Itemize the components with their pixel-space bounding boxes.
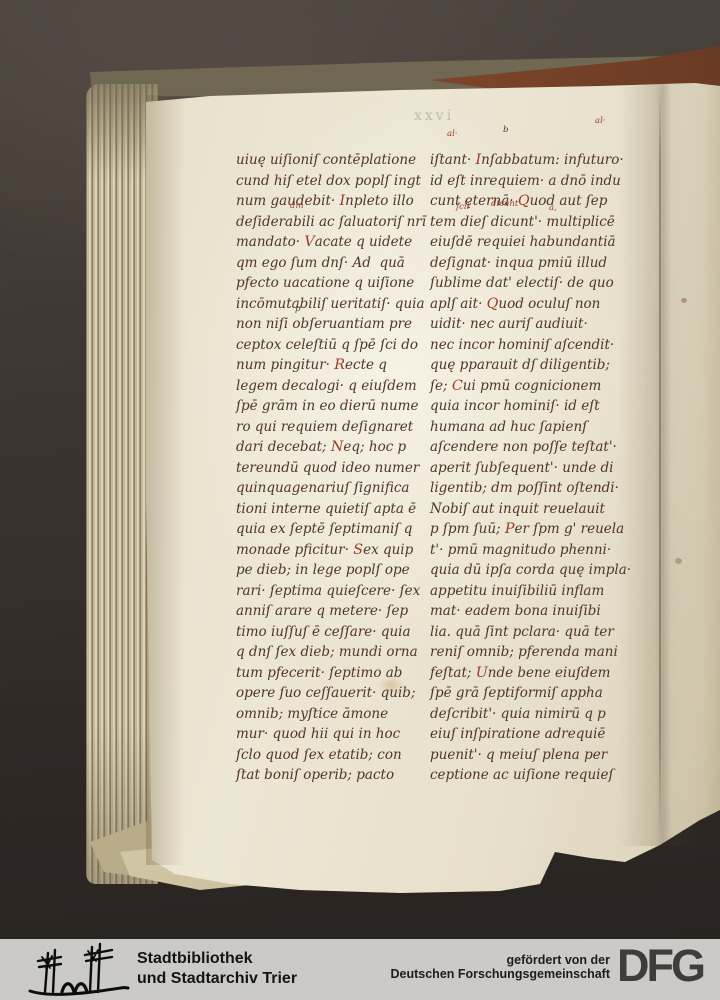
ink-text: mat· eadem bona inuiſibi	[430, 603, 601, 619]
manuscript-line: ſublime dat' electiſ· de quo	[430, 273, 652, 294]
ink-text: eiuſdē requiei habundantiā	[430, 234, 616, 250]
ink-text: incōmutabiliſ ueritatiſ· quia	[236, 296, 425, 312]
manuscript-line: puenit'· q meiuſ plena per	[430, 745, 652, 766]
manuscript-line: ſtat boniſ operib; pacto	[236, 765, 412, 786]
manuscript-line: quia dū ipſa corda quę impla·	[430, 560, 652, 581]
manuscript-line: iſtant· Inſabbatum: infuturo·	[430, 150, 652, 171]
ink-text: quia incor hominiſ· id eſt	[430, 398, 600, 414]
interlinear-gloss: al·	[595, 117, 606, 126]
ink-text: p ſpm ſuū;	[430, 521, 505, 537]
ink-text: mandato·	[236, 234, 304, 250]
ink-text: quia ex ſeptē ſeptimaniſ q	[236, 521, 412, 537]
manuscript-line: uidit· nec auriſ audiuit·	[430, 314, 652, 335]
ink-text: ui pmū cognicionem	[463, 378, 602, 394]
library-name-line1: Stadtbibliothek	[137, 949, 297, 969]
manuscript-line: ſpē grā ſeptiformiſ appha	[430, 683, 652, 704]
funding-credit: gefördert von der Deutschen Forschungsge…	[330, 953, 610, 981]
manuscript-line: nec incor hominiſ aſcendit·	[430, 335, 652, 356]
stadtbibliothek-bridge-logo-icon	[28, 941, 130, 999]
ink-text: ligentib; dm poſſint oſtendi·	[430, 480, 619, 496]
ink-text: opere ſuo ceſſauerit· quib;	[236, 685, 416, 701]
manuscript-line: timo iuſſuſ ē ceſſare· quia	[236, 622, 412, 643]
manuscript-line: id eſt inrequiem· a dnō indu	[430, 171, 652, 192]
ink-text: quia dū ipſa corda quę impla·	[430, 562, 631, 578]
interlinear-gloss: al·	[447, 130, 458, 139]
manuscript-line: anniſ arare q metere· ſep	[236, 601, 412, 622]
manuscript-line: quinquagenariuſ ſignifica	[236, 478, 412, 499]
manuscript-line: quia incor hominiſ· id eſt	[430, 396, 652, 417]
parchment-spot	[681, 298, 687, 303]
manuscript-line: mandato· Vacate q uidete	[236, 232, 412, 253]
ink-text: eq; hoc p	[343, 439, 406, 455]
ink-text: legem decalogi· q eiuſdem	[236, 378, 417, 394]
faint-folio-number: xxvi	[414, 108, 454, 124]
manuscript-line: incōmutabiliſ ueritatiſ· quia	[236, 294, 412, 315]
interlinear-gloss: dm	[290, 202, 304, 211]
manuscript-line: aſcendere non poſſe teſtat'·	[430, 437, 652, 458]
interlinear-gloss: dicunt'	[491, 200, 521, 209]
ink-text: pe dieb; in lege poplſ ope	[236, 562, 410, 578]
manuscript-line: uiuę uiſioniſ contēplatione	[236, 150, 412, 171]
ink-text: feſtat;	[430, 665, 476, 681]
ink-text: er ſpm g' reuela	[515, 521, 625, 537]
manuscript-line: appetitu inuiſibiliū inflam	[430, 581, 652, 602]
ink-text: nſabbatum: infuturo·	[481, 152, 624, 168]
ink-text: ſublime dat' electiſ· de quo	[430, 275, 614, 291]
manuscript-line: num pingitur· Recte q	[236, 355, 412, 376]
ink-text: iſtant·	[430, 152, 476, 168]
manuscript-line: opere ſuo ceſſauerit· quib;	[236, 683, 412, 704]
manuscript-line: reniſ omnib; pferenda mani	[430, 642, 652, 663]
library-name-line2: und Stadtarchiv Trier	[137, 969, 297, 989]
ink-text: ro qui requiem deſignaret	[236, 419, 413, 435]
ink-text: t'· pmū magnitudo phenni·	[430, 542, 611, 558]
ink-text: ſpē grā ſeptiformiſ appha	[430, 685, 603, 701]
manuscript-line: tioni interne quietiſ apta ē	[236, 499, 412, 520]
ink-text: aperit ſubſequent'· unde di	[430, 460, 614, 476]
ink-text: Nobiſ aut inquit reuelauit	[430, 501, 605, 517]
manuscript-scan-photo: xxvi uiuę uiſioniſ contēplationecund hiſ…	[0, 0, 720, 1000]
interlinear-gloss: b	[503, 126, 508, 135]
manuscript-line: ro qui requiem deſignaret	[236, 417, 412, 438]
manuscript-line: aplſ ait· Quod oculuſ non	[430, 294, 652, 315]
ink-text: cund hiſ etel dox poplſ ingt	[236, 173, 421, 189]
manuscript-line: ſclo quod ſex etatib; con	[236, 745, 412, 766]
ink-text: reniſ omnib; pferenda mani	[430, 644, 618, 660]
manuscript-line: feſtat; Unde bene eiuſdem	[430, 663, 652, 684]
rubric-initial: Q	[487, 296, 499, 312]
ink-text: monade pficitur·	[236, 542, 353, 558]
footer-banner: Stadtbibliothek und Stadtarchiv Trier ge…	[0, 939, 720, 1000]
interlinear-gloss: ſcil'	[456, 203, 472, 212]
manuscript-line: mur· quod hii qui in hoc	[236, 724, 412, 745]
ink-text: deſiderabili ac ſaluatoriſ nrī	[236, 214, 426, 230]
manuscript-line: ceptione ac uiſione requieſ	[430, 765, 652, 786]
ink-text: quę pparauit dſ diligentib;	[430, 357, 610, 373]
ink-text: tereundū quod ideo numer	[236, 460, 419, 476]
ink-text: aplſ ait·	[430, 296, 487, 312]
manuscript-line: t'· pmū magnitudo phenni·	[430, 540, 652, 561]
ink-text: qm ego ſum dnſ· Ad quā	[236, 255, 405, 271]
ink-text: ſe;	[430, 378, 452, 394]
manuscript-line: ceptox celeſtiū q ſpē ſci do	[236, 335, 412, 356]
ink-text: humana ad huc ſapienſ	[430, 419, 587, 435]
ink-text: nec incor hominiſ aſcendit·	[430, 337, 614, 353]
ink-text: ceptox celeſtiū q ſpē ſci do	[236, 337, 418, 353]
rubric-initial: C	[452, 378, 463, 394]
manuscript-line: mat· eadem bona inuiſibi	[430, 601, 652, 622]
manuscript-line: qm ego ſum dnſ· Ad quā	[236, 253, 412, 274]
gutter-crease	[659, 90, 661, 838]
ink-text: anniſ arare q metere· ſep	[236, 603, 408, 619]
rubric-initial: U	[476, 665, 488, 681]
ink-text: aſcendere non poſſe teſtat'·	[430, 439, 617, 455]
ink-text: mur· quod hii qui in hoc	[236, 726, 400, 742]
ink-text: q dnſ ſex dieb; mundi orna	[236, 644, 418, 660]
manuscript-line: dari decebat; Neq; hoc p	[236, 437, 412, 458]
manuscript-line: monade pficitur· Sex quip	[236, 540, 412, 561]
ink-text: eiuſ inſpiratione adrequiē	[430, 726, 605, 742]
manuscript-line: deſiderabili ac ſaluatoriſ nrī	[236, 212, 412, 233]
interlinear-gloss: a,	[549, 204, 557, 213]
manuscript-line: humana ad huc ſapienſ	[430, 417, 652, 438]
right-text-column: iſtant· Inſabbatum: infuturo·id eſt inre…	[430, 150, 652, 786]
ink-text: dari decebat;	[236, 439, 331, 455]
rubric-initial: N	[331, 439, 344, 455]
ink-text: ſtat boniſ operib; pacto	[236, 767, 394, 783]
manuscript-line: deſcribit'· quia nimirū q p	[430, 704, 652, 725]
ink-text: id eſt inrequiem· a dnō indu	[430, 173, 621, 189]
manuscript-line: num gaudebit· Inpleto illo	[236, 191, 412, 212]
ink-text: ſclo quod ſex etatib; con	[236, 747, 402, 763]
ink-text: appetitu inuiſibiliū inflam	[430, 583, 604, 599]
manuscript-line: cund hiſ etel dox poplſ ingt	[236, 171, 412, 192]
ink-text: uod oculuſ non	[498, 296, 600, 312]
manuscript-line: quę pparauit dſ diligentib;	[430, 355, 652, 376]
manuscript-line: tereundū quod ideo numer	[236, 458, 412, 479]
page-inner-shadow	[146, 95, 186, 865]
manuscript-line: tum pfecerit· ſeptimo ab	[236, 663, 412, 684]
interlinear-gloss: p	[295, 305, 300, 314]
manuscript-line: q dnſ ſex dieb; mundi orna	[236, 642, 412, 663]
manuscript-line: legem decalogi· q eiuſdem	[236, 376, 412, 397]
ink-text: ceptione ac uiſione requieſ	[430, 767, 613, 783]
ink-text: puenit'· q meiuſ plena per	[430, 747, 607, 763]
left-text-column: uiuę uiſioniſ contēplationecund hiſ etel…	[236, 150, 412, 786]
ink-text: nde bene eiuſdem	[488, 665, 611, 681]
dfg-logo: DFG	[617, 940, 703, 992]
funding-line2: Deutschen Forschungsgemeinschaft	[330, 967, 610, 981]
manuscript-line: ligentib; dm poſſint oſtendi·	[430, 478, 652, 499]
ink-text: tem dieſ dicunt'· multiplicē	[430, 214, 615, 230]
rubric-initial: P	[505, 521, 515, 537]
rubric-initial: R	[334, 357, 345, 373]
manuscript-line: ſpē grām in eo dierū nume	[236, 396, 412, 417]
ink-text: tum pfecerit· ſeptimo ab	[236, 665, 402, 681]
ink-text: uidit· nec auriſ audiuit·	[430, 316, 588, 332]
ink-text: quinquagenariuſ ſignifica	[236, 480, 409, 496]
ink-text: pfecto uacatione q uiſione	[236, 275, 414, 291]
ink-text: timo iuſſuſ ē ceſſare· quia	[236, 624, 411, 640]
rubric-initial: S	[353, 542, 363, 558]
manuscript-line: eiuſdē requiei habundantiā	[430, 232, 652, 253]
ink-text: non niſi obſeruantiam pre	[236, 316, 412, 332]
ink-text: deſcribit'· quia nimirū q p	[430, 706, 606, 722]
ink-text: acate q uidete	[315, 234, 412, 250]
ink-text: num gaudebit·	[236, 193, 339, 209]
ink-text: rari· ſeptima quieſcere· ſex	[236, 583, 420, 599]
manuscript-line: rari· ſeptima quieſcere· ſex	[236, 581, 412, 602]
manuscript-line: tem dieſ dicunt'· multiplicē	[430, 212, 652, 233]
manuscript-line: lia. quā ſint pclara· quā ter	[430, 622, 652, 643]
ink-text: ſpē grām in eo dierū nume	[236, 398, 418, 414]
ink-text: omnib; myſtice āmone	[236, 706, 388, 722]
ink-text: lia. quā ſint pclara· quā ter	[430, 624, 614, 640]
manuscript-line: eiuſ inſpiratione adrequiē	[430, 724, 652, 745]
ink-text: ecte q	[345, 357, 387, 373]
manuscript-line: ſe; Cui pmū cognicionem	[430, 376, 652, 397]
rubric-initial: V	[304, 234, 314, 250]
manuscript-line: aperit ſubſequent'· unde di	[430, 458, 652, 479]
manuscript-line: p ſpm ſuū; Per ſpm g' reuela	[430, 519, 652, 540]
ink-text: deſignat· inqua pmiū illud	[430, 255, 607, 271]
library-name: Stadtbibliothek und Stadtarchiv Trier	[137, 949, 297, 989]
manuscript-line: non niſi obſeruantiam pre	[236, 314, 412, 335]
manuscript-line: pfecto uacatione q uiſione	[236, 273, 412, 294]
ink-text: uod aut ſep	[530, 193, 608, 209]
ink-text: tioni interne quietiſ apta ē	[236, 501, 416, 517]
manuscript-line: deſignat· inqua pmiū illud	[430, 253, 652, 274]
funding-line1: gefördert von der	[330, 953, 610, 967]
ink-text: uiuę uiſioniſ contēplatione	[236, 152, 416, 168]
ink-text: ex quip	[363, 542, 413, 558]
ink-text: num pingitur·	[236, 357, 334, 373]
manuscript-line: pe dieb; in lege poplſ ope	[236, 560, 412, 581]
manuscript-line: Nobiſ aut inquit reuelauit	[430, 499, 652, 520]
ink-text: npleto illo	[345, 193, 414, 209]
manuscript-line: quia ex ſeptē ſeptimaniſ q	[236, 519, 412, 540]
parchment-spot	[675, 558, 682, 564]
manuscript-line: omnib; myſtice āmone	[236, 704, 412, 725]
